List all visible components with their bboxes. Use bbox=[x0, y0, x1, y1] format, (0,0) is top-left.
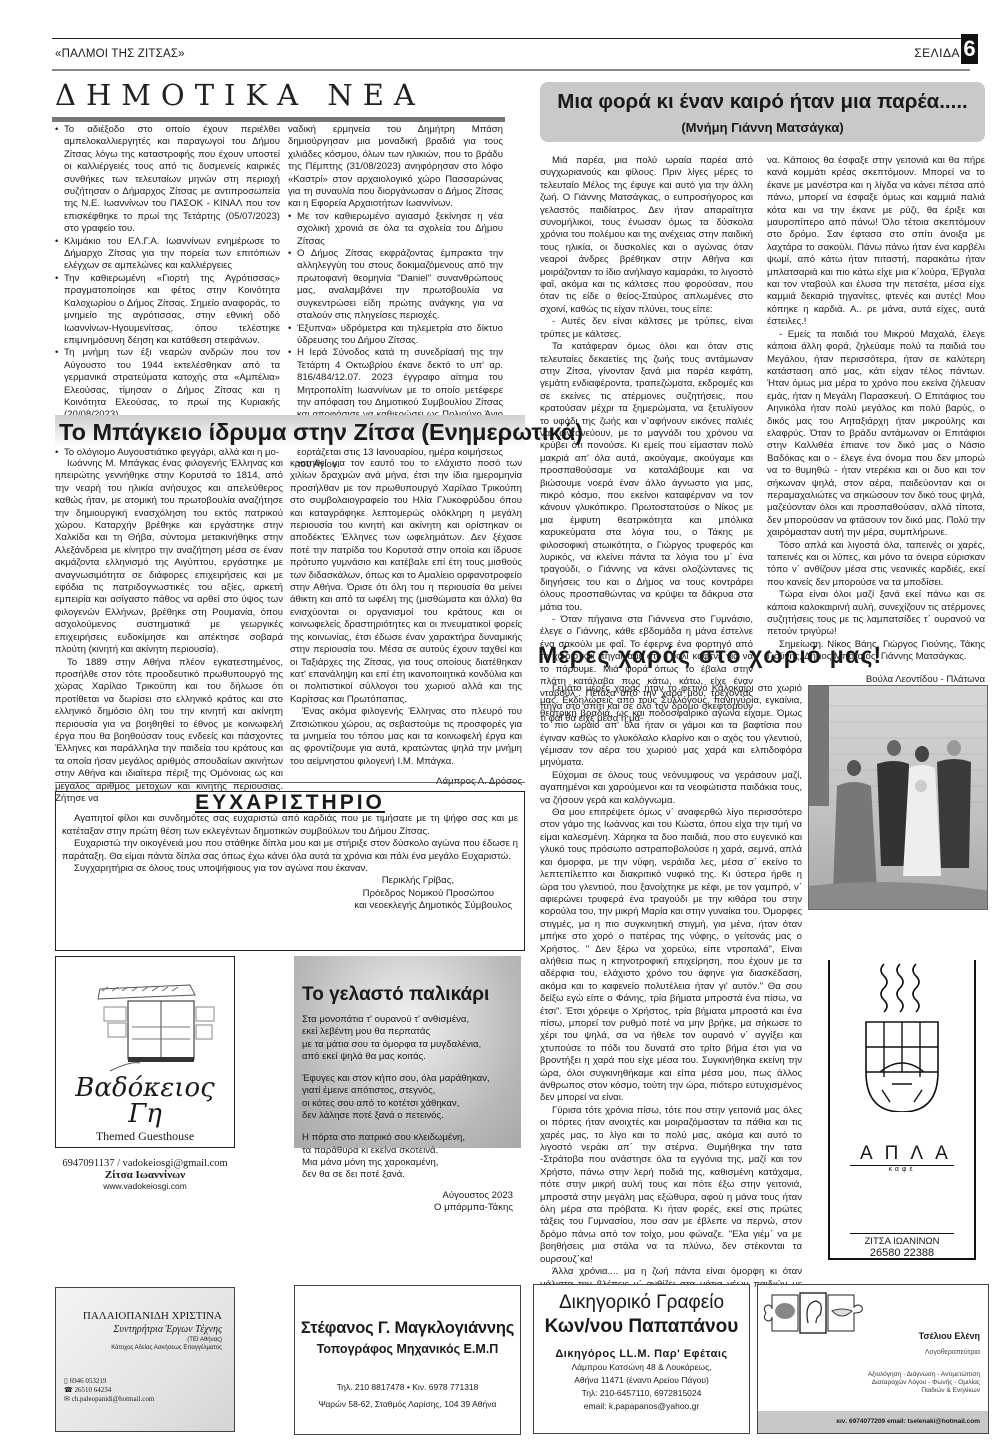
guesthouse-subtitle: Themed Guesthouse bbox=[56, 1129, 234, 1144]
apla-name: ΑΠΛΑ bbox=[850, 1143, 954, 1166]
guesthouse-ad: Βαδόκειος Γη Themed Guesthouse 694709113… bbox=[55, 956, 235, 1148]
email-address: ch.paleopanidi@hotmail.com bbox=[72, 1395, 155, 1403]
brain-ear-mouth-puzzle-icon bbox=[762, 1289, 872, 1339]
news-item: Ο Δήμος Ζίτσας εκφράζοντας έμπρακτα την … bbox=[288, 248, 503, 322]
stefanos-phones[interactable]: Τηλ. 210 8817478 • Κιν. 6978 771318 bbox=[295, 1382, 520, 1392]
guesthouse-website[interactable]: www.vadokeiosgi.com bbox=[56, 1181, 234, 1191]
paragraph: να. Κάποιος θα έσφαξε στην γειτονιά και … bbox=[767, 155, 985, 329]
paragraph: Θα μου επιτρέψετε όμως ν΄ αναφερθώ λίγο … bbox=[540, 807, 802, 1105]
tseliou-role: Λογοθεραπεύτρια bbox=[925, 1349, 980, 1356]
header-top-rule bbox=[52, 38, 970, 39]
tseliou-service: Αξιολόγηση - Διάγνωση - Αντιμετώπιση bbox=[868, 1371, 980, 1379]
poem-line: δεν λάλησε ποτέ ξανά ο πετεινός. bbox=[302, 1110, 513, 1122]
paragraph: Ιωάννης Μ. Μπάγκας ένας φιλογενής Έλληνα… bbox=[55, 458, 283, 657]
apla-place: ΖΙΤΣΑ ΙΩΑΝΙΝΩΝ bbox=[850, 1233, 954, 1247]
paragraph: - Αυτές δεν είναι κάλτσες με τρύπες, είν… bbox=[540, 316, 753, 341]
news-item: Με τον καθιερωμένο αγιασμό ξεκίνησε η νέ… bbox=[288, 211, 503, 248]
poem-line: Στα μονοπάτια τ' ουρανού τ' ανθισμένα, bbox=[302, 1014, 513, 1026]
poem-line: από εκεί ψηλά θα μας κοιτάς. bbox=[302, 1051, 513, 1063]
poem-stanza: Στα μονοπάτια τ' ουρανού τ' ανθισμένα, ε… bbox=[302, 1014, 513, 1063]
news-item: Τη μνήμη των έξι νεαρών ανδρών που τον Α… bbox=[55, 347, 280, 421]
apla-cafe-ad: ΑΠΛΑ καφέ ΖΙΤΣΑ ΙΩΑΝΙΝΩΝ 26580 22388 bbox=[828, 960, 976, 1260]
paragraph: Τα κατάφεραν όμως όλοι και όταν στις τελ… bbox=[540, 341, 753, 614]
poem-line: Η πόρτα στο πατρικό σου κλειδωμένη, bbox=[302, 1132, 513, 1144]
lawyer-address: Λάμπρου Κατσώνη 48 & Λουκάρεως, bbox=[534, 1361, 749, 1374]
wedding-photo-image-icon bbox=[809, 686, 988, 910]
email-icon: ✉ bbox=[64, 1395, 72, 1403]
paragraph: Ένας ακόμα φιλογενής Έλληνας στο πλευρό … bbox=[290, 706, 522, 768]
poem-stanza: Έφυγες και στον κήπο σου, όλα μαράθηκαν,… bbox=[302, 1073, 513, 1122]
christina-card: ΠΑΛΑΙΟΠΑΝΙΔΗ ΧΡΙΣΤΙΝΑ Συντηρήτρια Έργων … bbox=[55, 1287, 235, 1432]
signature-line: και νεοεκλεγής Δημοτικός Σύμβουλος bbox=[62, 900, 518, 912]
lawyer-email[interactable]: email: k.papapanos@yahoo.gr bbox=[534, 1400, 749, 1413]
apla-subtitle: καφέ bbox=[830, 1166, 974, 1173]
phone-icon: ☎ bbox=[64, 1386, 74, 1394]
news-item: Κλιμάκιο του ΕΛ.Γ.Α. Ιωαννίνων ενημέρωσε… bbox=[55, 236, 280, 273]
stefanos-name: Στέφανος Γ. Μαγκλογιάννης bbox=[295, 1319, 520, 1338]
paragraph: Μιά παρέα, μια πολύ ωραία παρέα από συγχ… bbox=[540, 155, 753, 316]
section-rule bbox=[55, 782, 525, 783]
dimotika-col1: Το αδιέξοδο στο οποίο έχουν περιέλθει αμ… bbox=[55, 124, 280, 459]
mpagkeio-heading-box: Το Μπάγκειο ίδρυμα στην Ζίτσα (Ενημερωτι… bbox=[55, 415, 525, 447]
mobile-number: 6946 053219 bbox=[70, 1377, 107, 1385]
phone-number: 26510 64234 bbox=[74, 1386, 111, 1394]
paper-name: «ΠΑΛΜΟΙ ΤΗΣ ΖΙΤΣΑΣ» bbox=[55, 48, 185, 60]
story-heading-box: Μια φορά κι έναν καιρό ήταν μια παρέα...… bbox=[540, 82, 985, 142]
christina-name: ΠΑΛΑΙΟΠΑΝΙΔΗ ΧΡΙΣΤΙΝΑ bbox=[56, 1310, 234, 1322]
page-number: 6 bbox=[961, 34, 978, 64]
story-subtitle: (Μνήμη Γιάννη Ματσάγκα) bbox=[540, 120, 985, 135]
paragraph: Τόσο απλά και λιγοστά όλα, ταπεινές οι χ… bbox=[767, 540, 985, 590]
paragraph: κρατηθεί για τον εαυτό του το ελάχιστο π… bbox=[290, 458, 522, 706]
poem-stanza: Η πόρτα στο πατρικό σου κλειδωμένη, τα π… bbox=[302, 1132, 513, 1181]
lawyer-card: Δικηγορικό Γραφείο Κων/νου Παπαπάνου Δικ… bbox=[533, 1284, 750, 1434]
dimotika-title: ΔΗΜΟΤΙΚΑ ΝΕΑ bbox=[55, 78, 425, 112]
stefanos-card: Στέφανος Γ. Μαγκλογιάννης Τοπογράφος Μηχ… bbox=[294, 1285, 521, 1435]
mpagkeio-col2: κρατηθεί για τον εαυτό του το ελάχιστο π… bbox=[290, 458, 522, 789]
page-label: ΣΕΛΙΔΑ bbox=[914, 46, 960, 60]
poem-line: γιατί έμεινε απότιστος, στεγνός, bbox=[302, 1085, 513, 1097]
paragraph: Εύχομαι σε όλους τους νεόνυμφους να γερά… bbox=[540, 770, 802, 807]
paragraph: Ευχαριστώ την οικογένειά μου που στάθηκε… bbox=[62, 838, 518, 863]
stefanos-address: Ψαρών 58-62, Σταθμός Λαρίσης, 104 39 Αθή… bbox=[295, 1399, 520, 1409]
story-col2: να. Κάποιος θα έσφαξε στην γειτονιά και … bbox=[767, 155, 985, 686]
poem-box: Το γελαστό παλικάρι Στα μονοπάτια τ' ουρ… bbox=[294, 956, 521, 1148]
wedding-photo bbox=[808, 685, 988, 910]
christina-email[interactable]: ✉ ch.paleopanidi@hotmail.com bbox=[64, 1395, 234, 1404]
apla-phone[interactable]: 26580 22388 bbox=[830, 1247, 974, 1259]
poem-line: τα παράθυρα κι εκείνα σκοτεινά. bbox=[302, 1145, 513, 1157]
lawyer-role: Δικηγόρος LL.M. Παρ' Εφέταις bbox=[534, 1348, 749, 1360]
mpagkeio-col1: Ιωάννης Μ. Μπάγκας ένας φιλογενής Έλληνα… bbox=[55, 458, 283, 805]
lawyer-name: Κων/νου Παπαπάνου bbox=[534, 1316, 749, 1338]
news-item: Το αδιέξοδο στο οποίο έχουν περιέλθει αμ… bbox=[55, 124, 280, 236]
mpagkeio-title: Το Μπάγκειο ίδρυμα στην Ζίτσα (Ενημερωτι… bbox=[55, 415, 525, 449]
christina-school: (ΤΕΙ Αθήνας) bbox=[56, 1337, 234, 1343]
poem-line: εκεί λεβέντη μου θα περπατάς bbox=[302, 1026, 513, 1038]
poem-line: δεν θα σε δει ποτέ ξανά. bbox=[302, 1169, 513, 1181]
tseliou-name: Τσέλιου Ελένη bbox=[919, 1331, 980, 1341]
paragraph: Το 1889 στην Αθήνα πλέον εγκατεστημένος,… bbox=[55, 657, 283, 806]
signature-line: Πρόεδρος Νομικού Προσώπου bbox=[62, 888, 518, 900]
guesthouse-place: Ζίτσα Ιωαννίνων bbox=[56, 1169, 234, 1181]
poem-date: Αύγουστος 2023 bbox=[302, 1190, 513, 1202]
guesthouse-contact[interactable]: 6947091137 / vadokeiosgi@gmail.com bbox=[56, 1158, 234, 1169]
meres-body: Γεμάτο μέρες χαράς ήταν το φετινό Καλοκα… bbox=[540, 683, 802, 1303]
header-bottom-rule bbox=[52, 69, 970, 71]
lawyer-address: Αθήνα 11471 (έναντι Αρείου Πάγου) bbox=[534, 1374, 749, 1387]
story-title: Μια φορά κι έναν καιρό ήταν μια παρέα...… bbox=[540, 90, 985, 114]
paragraph: - Εμείς τα παιδιά του Μικρού Μαχαλά, έλε… bbox=[767, 329, 985, 540]
signature-line: Περικλής Γρίβας, bbox=[62, 875, 518, 887]
poem-line: Έφυγες και στον κήπο σου, όλα μαράθηκαν, bbox=[302, 1073, 513, 1085]
christina-role: Συντηρήτρια Έργων Τέχνης bbox=[56, 1324, 234, 1335]
stefanos-role: Τοπογράφος Μηχανικός Ε.Μ.Π bbox=[295, 1342, 520, 1356]
christina-phone[interactable]: ☎ 26510 64234 bbox=[64, 1386, 234, 1395]
dimotika-rule bbox=[52, 117, 505, 122]
thanks-box: ΕΥΧΑΡΙΣΤΗΡΙΟ Αγαπητοί φίλοι και συνδημότ… bbox=[55, 791, 525, 951]
tseliou-service: Παιδιών & Ενηλίκων bbox=[868, 1387, 980, 1395]
cafe-logo-icon bbox=[862, 962, 942, 1112]
poem-line: με τα μάτια σου τα όμορφα τα μυγδαλένια, bbox=[302, 1039, 513, 1051]
poem-line: οι κότες σου από το κοτέτσι χάθηκαν, bbox=[302, 1098, 513, 1110]
christina-license: Κάτοχος Αδείας Ασκήσεως Επαγγέλματος bbox=[56, 1345, 234, 1351]
thanks-title: ΕΥΧΑΡΙΣΤΗΡΙΟ bbox=[62, 797, 518, 809]
news-item: Η Ιερά Σύνοδος κατά τη συνεδρίασή της τη… bbox=[288, 347, 503, 471]
news-item: Έξυπνα» υδρόμετρα και τηλεμετρία στο δίκ… bbox=[288, 323, 503, 348]
paragraph: Γεμάτο μέρες χαράς ήταν το φετινό Καλοκα… bbox=[540, 683, 802, 770]
paragraph: Αγαπητοί φίλοι και συνδημότες σας ευχαρι… bbox=[62, 813, 518, 838]
paragraph: Τώρα είναι όλοι μαζί ξανά εκεί πάνω και … bbox=[767, 589, 985, 639]
poem-line: Μια μάνα μόνη της χαροκαμένη, bbox=[302, 1157, 513, 1169]
paragraph: Γύρισα τότε χρόνια πίσω, τότε που στην γ… bbox=[540, 1105, 802, 1266]
lawyer-office-title: Δικηγορικό Γραφείο bbox=[534, 1292, 749, 1314]
news-item: Την καθιερωμένη «Γιορτή της Αγρότισσας» … bbox=[55, 273, 280, 347]
door-sketch-icon bbox=[70, 967, 220, 1072]
christina-mobile[interactable]: ▯ 6946 053219 bbox=[64, 1377, 234, 1386]
paragraph: Συγχαρητήρια σε όλους τους υποψήφιους γι… bbox=[62, 863, 518, 875]
lawyer-phone[interactable]: Τηλ: 210-6457110, 6972815024 bbox=[534, 1387, 749, 1400]
tseliou-service: Διαταραχών Λόγου - Φωνής - Ομιλίας bbox=[868, 1379, 980, 1387]
meres-title: Μέρες χαράς στο χωριό μας! bbox=[538, 642, 882, 669]
guesthouse-logo-script: Βαδόκειος Γη bbox=[56, 1075, 234, 1127]
poem-author: Ο μπάρμπα-Τάκης bbox=[302, 1202, 513, 1214]
tseliou-card: Τσέλιου Ελένη Λογοθεραπεύτρια Αξιολόγηση… bbox=[757, 1284, 989, 1434]
tseliou-contact[interactable]: κιν. 6974077209 email: tselenaki@hotmail… bbox=[758, 1411, 988, 1433]
poem-title: Το γελαστό παλικάρι bbox=[302, 984, 513, 1006]
news-item-continued: ναδική ερμηνεία του Δημήτρη Μπάση δημιού… bbox=[288, 124, 503, 211]
